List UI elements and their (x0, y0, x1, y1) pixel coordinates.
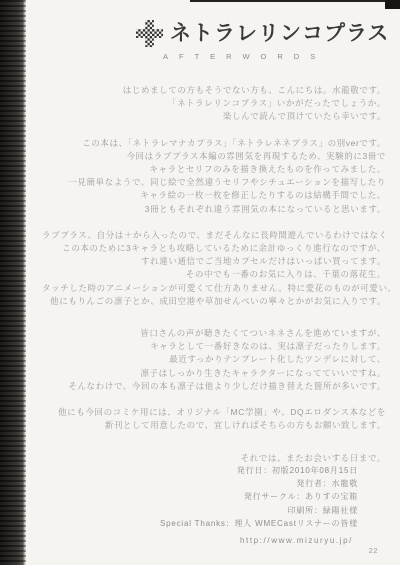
body-line: そんなわけで、今回の本も凛子は他より少しだけ描き替えた箇所が多いです。 (42, 380, 386, 393)
paragraph: 皆口さんの声が聴きたくてついネネさんを進めていますが、キャラとして一番好きなのは… (42, 327, 386, 393)
body-line: タッチした時のアニメーションが可愛くて仕方ありません。特に愛花のものが可愛い。 (42, 282, 386, 295)
checkered-plus-icon (136, 20, 163, 47)
colophon: 発行日：初版2010年08月15日発行者：水龍敬発行サークル：ありすの宝箱印刷所… (160, 464, 358, 530)
body-line: キャラとして一番好きなのは、実は凛子だったりします。 (42, 340, 386, 353)
afterword-page: ネトラレリンコプラス AFTERWORDS はじめましての方もそうでない方も、こ… (0, 0, 400, 565)
body-line: ラブプラス、自分は＋から入ったので、まだそんなに長時間遊んでいるわけではなく (42, 229, 386, 242)
colophon-line: 発行者：水龍敬 (160, 477, 358, 490)
body-line: 最近すっかりテンプレート化したツンデレに対して、 (42, 353, 386, 366)
body-line: 他にも今回のコミケ用には、オリジナル「MC学園」や、DQエロダンス本などを (42, 406, 386, 419)
page-subtitle: AFTERWORDS (163, 52, 392, 61)
header: ネトラレリンコプラス AFTERWORDS (136, 20, 392, 61)
body-line: キャラとセリフのみを描き換えたものを作ってみました。 (42, 163, 386, 176)
body-line: すれ違い通信でご当地カプセルだけはいっぱい買ってます。 (42, 255, 386, 268)
body-line: 他にもりんごの凛子とか、成田空港や草加せんべいの寧々とかがお気に入りです。 (42, 295, 386, 308)
body-line: 今回はラブプラス本編の雰囲気を再現するため、実験的に3冊で (42, 150, 386, 163)
title-row: ネトラレリンコプラス (136, 20, 392, 47)
body-line: 3冊ともそれぞれ違う雰囲気の本になっていると思います。 (42, 203, 386, 216)
paragraph: この本は、「ネトラレマナカプラス」「ネトラレネネプラス」の別verです。今回はラ… (42, 137, 386, 216)
body-line: 新刊として用意したので、宜しければそちらの方もお願い致します。 (42, 419, 386, 432)
body-line: 「ネトラレリンコプラス」いかがだったでしょうか。 (42, 97, 386, 110)
body-line: この本は、「ネトラレマナカプラス」「ネトラレネネプラス」の別verです。 (42, 137, 386, 150)
scan-corner-notch (385, 0, 400, 9)
body-line: 皆口さんの声が聴きたくてついネネさんを進めていますが、 (42, 327, 386, 340)
page-title: ネトラレリンコプラス (170, 23, 389, 44)
colophon-line: 発行サークル：ありすの宝箱 (160, 490, 358, 503)
colophon-line: 発行日：初版2010年08月15日 (160, 464, 358, 477)
site-url: http://www.mizuryu.jp/ (240, 536, 353, 545)
page-number: 22 (369, 546, 378, 555)
colophon-line: 印刷所：緑陽社様 (160, 504, 358, 517)
body-line: その中でも一番のお気に入りは、千葉の落花生。 (42, 268, 386, 281)
scanned-spine-shadow (0, 0, 26, 565)
colophon-line: Special Thanks：理人 WMECastリスナーの皆様 (160, 517, 358, 530)
body-line: 楽しんで読んで頂けていたら幸いです。 (42, 110, 386, 123)
paragraph: ラブプラス、自分は＋から入ったので、まだそんなに長時間遊んでいるわけではなくこの… (42, 229, 386, 308)
paragraph: はじめましての方もそうでない方も、こんにちは。水龍敬です。「ネトラレリンコプラス… (42, 84, 386, 124)
scan-top-edge (190, 0, 400, 2)
colophon-lines: 発行日：初版2010年08月15日発行者：水龍敬発行サークル：ありすの宝箱印刷所… (160, 464, 358, 530)
body-line: この本のために3キャラとも攻略しているために余計ゆっくり進行なのですが、 (42, 242, 386, 255)
paragraph: 他にも今回のコミケ用には、オリジナル「MC学園」や、DQエロダンス本などを新刊と… (42, 406, 386, 432)
afterword-body: はじめましての方もそうでない方も、こんにちは。水龍敬です。「ネトラレリンコプラス… (42, 84, 386, 479)
body-line: 一見簡単なようで、同じ絵で全然違うセリフやシチュエーションを描写したり (42, 176, 386, 189)
body-line: はじめましての方もそうでない方も、こんにちは。水龍敬です。 (42, 84, 386, 97)
body-line: 凛子はしっかり生きたキャラクターになってていいですね。 (42, 367, 386, 380)
body-line: キャラ絵の一枚一枚を修正したりするのは結構手間でした。 (42, 189, 386, 202)
